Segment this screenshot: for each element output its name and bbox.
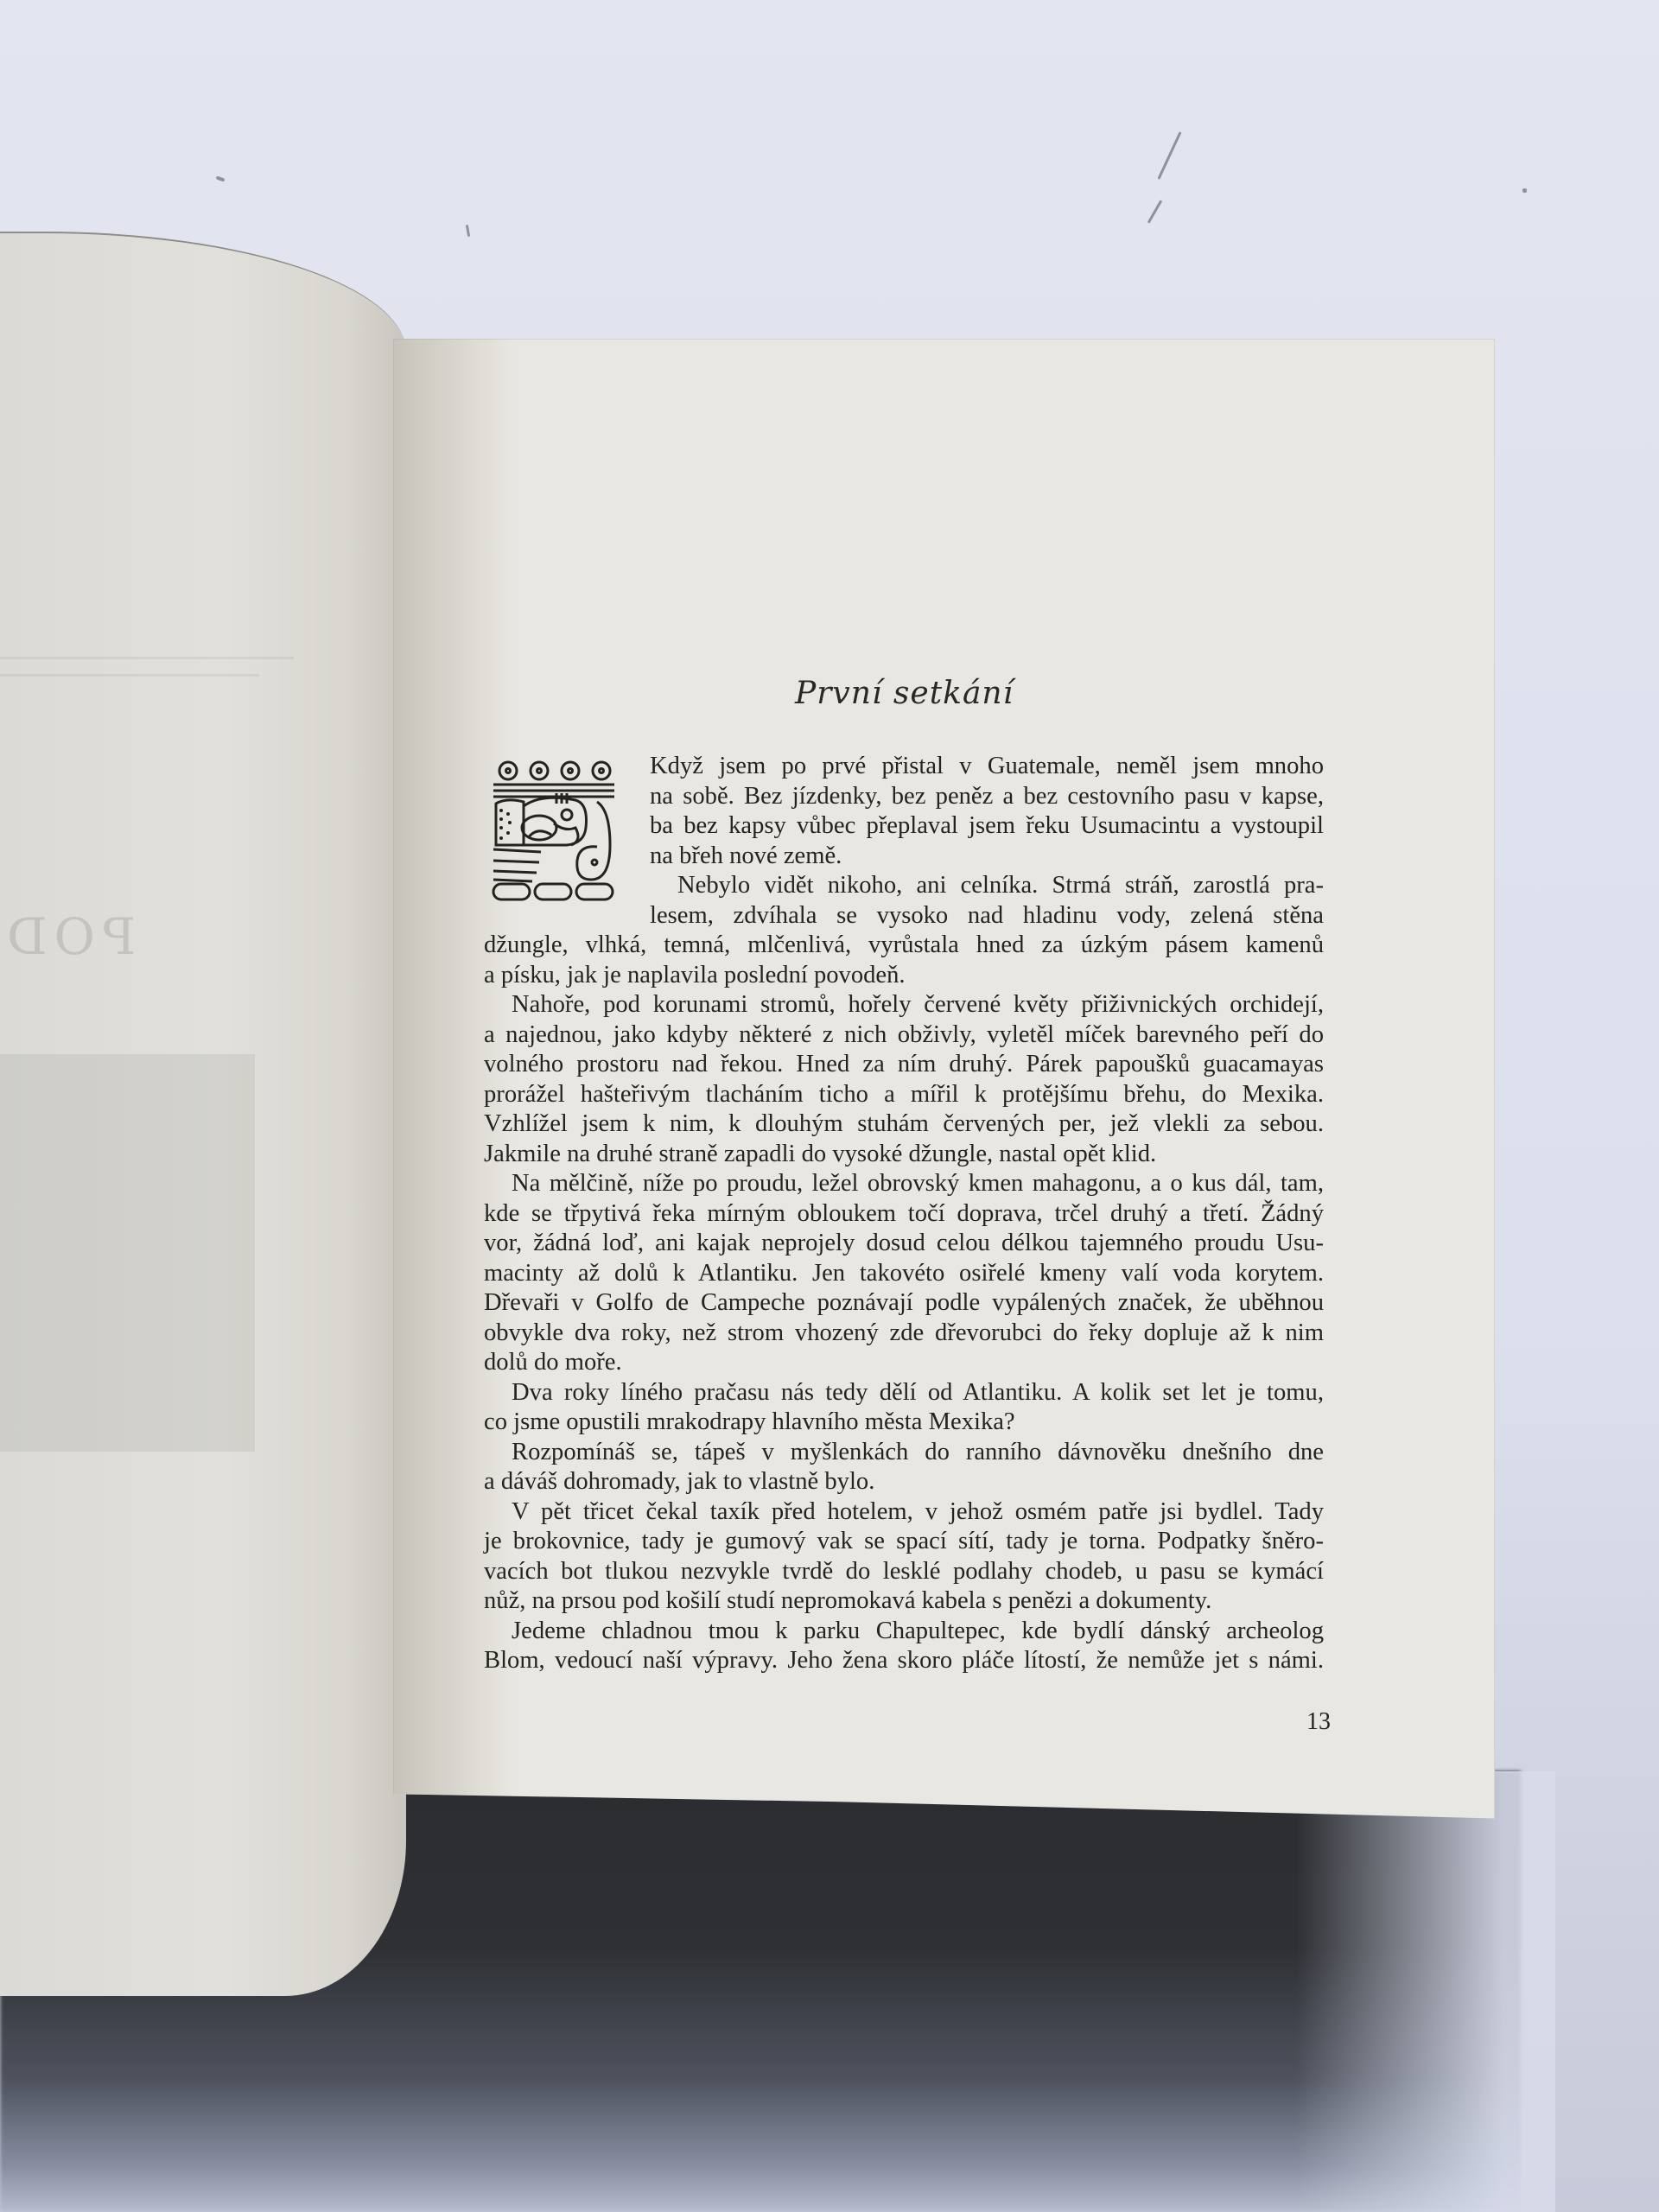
show-through-line xyxy=(0,657,294,659)
text-line-content: Vzhlížel jsem k nim, k dlouhým stuhám če… xyxy=(484,1109,1324,1140)
text-line: volného prostoru nad řekou. Hned za ním … xyxy=(484,1050,1324,1080)
text-line-content: prorážel hašteřivým tlacháním ticho a mí… xyxy=(484,1080,1324,1110)
text-line: a písku, jak je naplavila poslední povod… xyxy=(484,961,1324,991)
text-line-content: džungle, vlhká, temná, mlčenlivá, vyrůst… xyxy=(484,931,1324,961)
text-line-content: na sobě. Bez jízdenky, bez peněz a bez c… xyxy=(650,782,1324,812)
text-line-content: ba bez kapsy vůbec přeplaval jsem řeku U… xyxy=(650,811,1324,842)
text-line-content: Jedeme chladnou tmou k parku Chapultepec… xyxy=(484,1617,1324,1647)
text-line: na sobě. Bez jízdenky, bez peněz a bez c… xyxy=(650,782,1324,812)
text-line-content: nůž, na prsou pod košilí studí nepromoka… xyxy=(484,1586,1324,1617)
text-line-content: Nahoře, pod korunami stromů, hořely červ… xyxy=(484,990,1324,1020)
text-line-content: Dřevaři v Golfo de Campeche poznávají po… xyxy=(484,1288,1324,1319)
text-line: macinty až dolů k Atlantiku. Jen takovét… xyxy=(484,1259,1324,1289)
text-line-content: vor, žádná loď, ani kajak neprojely dosu… xyxy=(484,1229,1324,1259)
show-through-text: POD xyxy=(0,907,136,966)
text-line: Rozpomínáš se, tápeš v myšlenkách do ran… xyxy=(484,1438,1324,1468)
page-number: 13 xyxy=(1306,1708,1331,1736)
text-line-content: Na mělčině, níže po proudu, ležel obrovs… xyxy=(484,1169,1324,1199)
text-line-content: volného prostoru nad řekou. Hned za ním … xyxy=(484,1050,1324,1080)
text-line-content: dolů do moře. xyxy=(484,1348,1324,1378)
text-line: Dva roky líného pračasu nás tedy dělí od… xyxy=(484,1378,1324,1408)
text-line-content: Nebylo vidět nikoho, ani celníka. Strmá … xyxy=(650,871,1324,901)
text-line: lesem, zdvíhala se vysoko nad hladinu vo… xyxy=(650,901,1324,931)
text-line: Dřevaři v Golfo de Campeche poznávají po… xyxy=(484,1288,1324,1319)
dust-speck xyxy=(1522,188,1527,193)
text-line-content: co jsme opustili mrakodrapy hlavního měs… xyxy=(484,1408,1324,1438)
text-line: na břeh nové země. xyxy=(650,842,1324,872)
text-line: Nahoře, pod korunami stromů, hořely červ… xyxy=(484,990,1324,1020)
text-line: Na mělčině, níže po proudu, ležel obrovs… xyxy=(484,1169,1324,1199)
show-through-plate xyxy=(0,1054,255,1452)
text-line-content: lesem, zdvíhala se vysoko nad hladinu vo… xyxy=(650,901,1324,931)
text-line-content: kde se třpytivá řeka mírným obloukem toč… xyxy=(484,1199,1324,1230)
text-line-content: Blom, vedoucí naší výpravy. Jeho žena sk… xyxy=(484,1646,1324,1676)
text-line: prorážel hašteřivým tlacháním ticho a mí… xyxy=(484,1080,1324,1110)
text-line-content: obvykle dva roky, než strom vhozený zde … xyxy=(484,1319,1324,1349)
text-line: kde se třpytivá řeka mírným obloukem toč… xyxy=(484,1199,1324,1230)
text-line-content: macinty až dolů k Atlantiku. Jen takovét… xyxy=(484,1259,1324,1289)
text-line: a dáváš dohromady, jak to vlastně bylo. xyxy=(484,1467,1324,1497)
text-line-content: a písku, jak je naplavila poslední povod… xyxy=(484,961,1324,991)
text-line-content: a najednou, jako kdyby některé z nich ob… xyxy=(484,1020,1324,1051)
text-line: Jedeme chladnou tmou k parku Chapultepec… xyxy=(484,1617,1324,1647)
text-line: je brokovnice, tady je gumový vak se spa… xyxy=(484,1527,1324,1557)
text-line: nůž, na prsou pod košilí studí nepromoka… xyxy=(484,1586,1324,1617)
text-line: Vzhlížel jsem k nim, k dlouhým stuhám če… xyxy=(484,1109,1324,1140)
text-line-content: Když jsem po prvé přistal v Guatemale, n… xyxy=(650,752,1324,782)
chapter-title: První setkání xyxy=(795,676,1014,711)
text-line-content: na břeh nové země. xyxy=(650,842,1324,872)
text-line-content: Rozpomínáš se, tápeš v myšlenkách do ran… xyxy=(484,1438,1324,1468)
text-line: dolů do moře. xyxy=(484,1348,1324,1378)
text-line-content: vacích bot tlukou nezvykle tvrdě do lesk… xyxy=(484,1557,1324,1587)
text-line: a najednou, jako kdyby některé z nich ob… xyxy=(484,1020,1324,1051)
body-text: Když jsem po prvé přistal v Guatemale, n… xyxy=(484,752,1324,1676)
text-line: vor, žádná loď, ani kajak neprojely dosu… xyxy=(484,1229,1324,1259)
text-line: obvykle dva roky, než strom vhozený zde … xyxy=(484,1319,1324,1349)
text-line-content: je brokovnice, tady je gumový vak se spa… xyxy=(484,1527,1324,1557)
text-line-content: Jakmile na druhé straně zapadli do vysok… xyxy=(484,1140,1324,1170)
text-line: Blom, vedoucí naší výpravy. Jeho žena sk… xyxy=(484,1646,1324,1676)
text-line: Když jsem po prvé přistal v Guatemale, n… xyxy=(650,752,1324,782)
show-through-line xyxy=(0,674,259,677)
text-line-content: Dva roky líného pračasu nás tedy dělí od… xyxy=(484,1378,1324,1408)
cover-shadow xyxy=(1296,1771,1555,2212)
text-line: co jsme opustili mrakodrapy hlavního měs… xyxy=(484,1408,1324,1438)
left-page: POD xyxy=(0,232,406,1996)
text-line: vacích bot tlukou nezvykle tvrdě do lesk… xyxy=(484,1557,1324,1587)
text-line: Jakmile na druhé straně zapadli do vysok… xyxy=(484,1140,1324,1170)
text-line: V pět třicet čekal taxík před hotelem, v… xyxy=(484,1497,1324,1528)
text-line: ba bez kapsy vůbec přeplaval jsem řeku U… xyxy=(650,811,1324,842)
text-line: Nebylo vidět nikoho, ani celníka. Strmá … xyxy=(650,871,1324,901)
text-line-content: V pět třicet čekal taxík před hotelem, v… xyxy=(484,1497,1324,1528)
text-line-content: a dáváš dohromady, jak to vlastně bylo. xyxy=(484,1467,1324,1497)
text-line: džungle, vlhká, temná, mlčenlivá, vyrůst… xyxy=(484,931,1324,961)
